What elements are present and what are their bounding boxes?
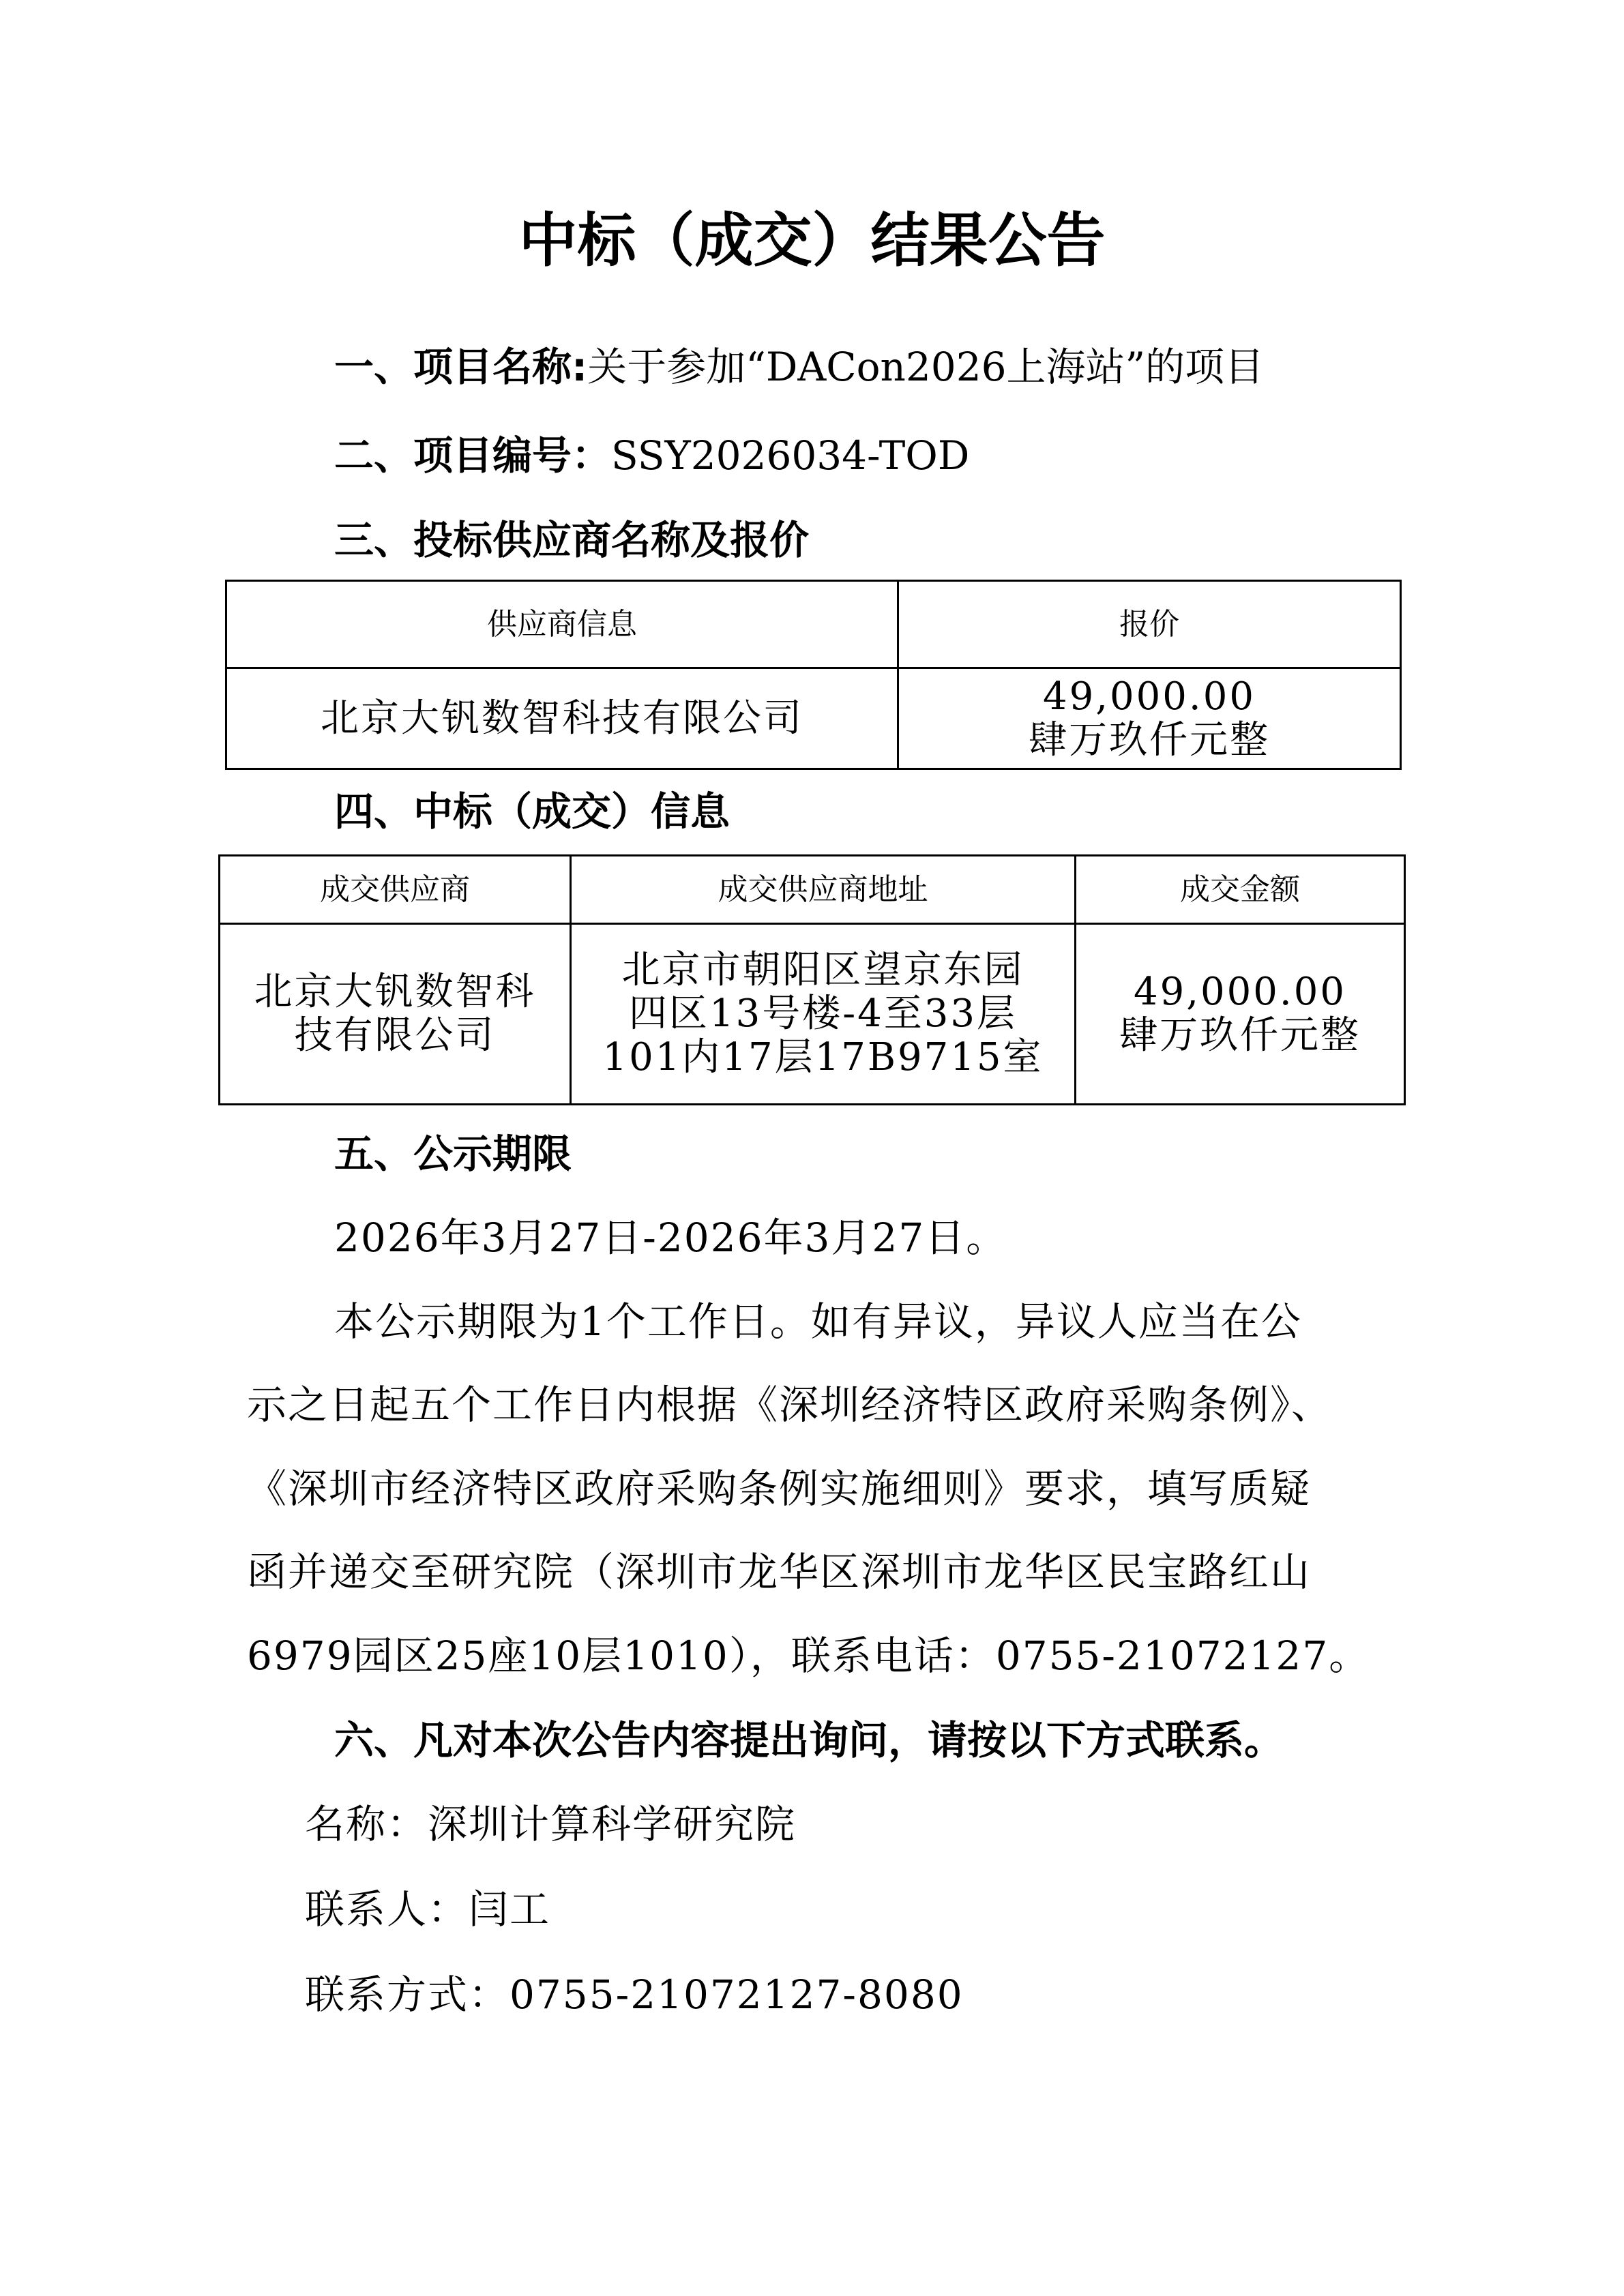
project-name-value: 关于参加“DACon2026上海站”的项目 [587, 344, 1264, 390]
notice-paragraph-line: 函并递交至研究院（深圳市龙华区深圳市龙华区民宝路红山 [247, 1545, 1311, 1599]
supplier-address: 北京市朝阳区望京东园 四区13号楼-4至33层 101内17层17B9715室 [571, 924, 1076, 1105]
winning-supplier-line: 技有限公司 [227, 1014, 563, 1058]
header-price: 报价 [898, 581, 1401, 668]
notice-paragraph-line: 示之日起五个工作日内根据《深圳经济特区政府采购条例》、 [247, 1377, 1332, 1432]
address-line: 四区13号楼-4至33层 [578, 992, 1067, 1036]
project-number-value: SSY2026034-TOD [611, 432, 969, 479]
project-name-row: 一、项目名称:关于参加“DACon2026上海站”的项目 [334, 340, 1264, 394]
notice-paragraph-line: 本公示期限为1个工作日。如有异议，异议人应当在公 [334, 1294, 1302, 1349]
award-table: 成交供应商 成交供应商地址 成交金额 北京大钒数智科 技有限公司 北京市朝阳区望… [218, 854, 1406, 1105]
header-supplier-info: 供应商信息 [226, 581, 898, 668]
notice-paragraph-line: 6979园区25座10层1010），联系电话：0755-21072127。 [247, 1628, 1370, 1683]
page-title: 中标（成交）结果公告 [0, 203, 1624, 278]
table-header-row: 供应商信息 报价 [226, 581, 1401, 668]
announcement-page: 中标（成交）结果公告 一、项目名称:关于参加“DACon2026上海站”的项目 … [0, 0, 1624, 2296]
award-amount-number: 49,000.00 [1083, 970, 1397, 1014]
winning-supplier-line: 北京大钒数智科 [227, 970, 563, 1014]
award-amount: 49,000.00 肆万玖仟元整 [1076, 924, 1405, 1105]
bid-price-words: 肆万玖仟元整 [906, 719, 1393, 762]
award-heading: 四、中标（成交）信息 [334, 784, 730, 839]
table-row: 北京大钒数智科技有限公司 49,000.00 肆万玖仟元整 [226, 668, 1401, 769]
address-line: 101内17层17B9715室 [578, 1036, 1067, 1079]
contact-phone: 联系方式：0755-21072127-8080 [305, 1967, 964, 2022]
project-number-label: 二、项目编号： [334, 432, 611, 479]
notice-period-heading: 五、公示期限 [334, 1127, 572, 1181]
winning-supplier: 北京大钒数智科 技有限公司 [220, 924, 571, 1105]
header-winning-supplier: 成交供应商 [220, 856, 571, 924]
bidders-heading: 三、投标供应商名称及报价 [334, 513, 809, 567]
project-name-label: 一、项目名称: [334, 344, 587, 390]
bidder-name: 北京大钒数智科技有限公司 [226, 668, 898, 769]
address-line: 北京市朝阳区望京东园 [578, 949, 1067, 992]
contact-organization: 名称：深圳计算科学研究院 [305, 1797, 796, 1851]
header-award-amount: 成交金额 [1076, 856, 1405, 924]
bid-price-number: 49,000.00 [906, 675, 1393, 719]
notice-paragraph-line: 《深圳市经济特区政府采购条例实施细则》要求，填写质疑 [247, 1461, 1311, 1516]
table-row: 北京大钒数智科 技有限公司 北京市朝阳区望京东园 四区13号楼-4至33层 10… [220, 924, 1405, 1105]
award-amount-words: 肆万玖仟元整 [1083, 1014, 1397, 1058]
header-supplier-address: 成交供应商地址 [571, 856, 1076, 924]
table-header-row: 成交供应商 成交供应商地址 成交金额 [220, 856, 1405, 924]
project-number-row: 二、项目编号：SSY2026034-TOD [334, 428, 969, 483]
notice-period-dates: 2026年3月27日-2026年3月27日。 [334, 1210, 1007, 1265]
contact-person: 联系人：闫工 [305, 1882, 550, 1937]
bidders-table: 供应商信息 报价 北京大钒数智科技有限公司 49,000.00 肆万玖仟元整 [225, 580, 1402, 770]
bid-price: 49,000.00 肆万玖仟元整 [898, 668, 1401, 769]
inquiry-heading: 六、凡对本次公告内容提出询问，请按以下方式联系。 [334, 1713, 1284, 1768]
